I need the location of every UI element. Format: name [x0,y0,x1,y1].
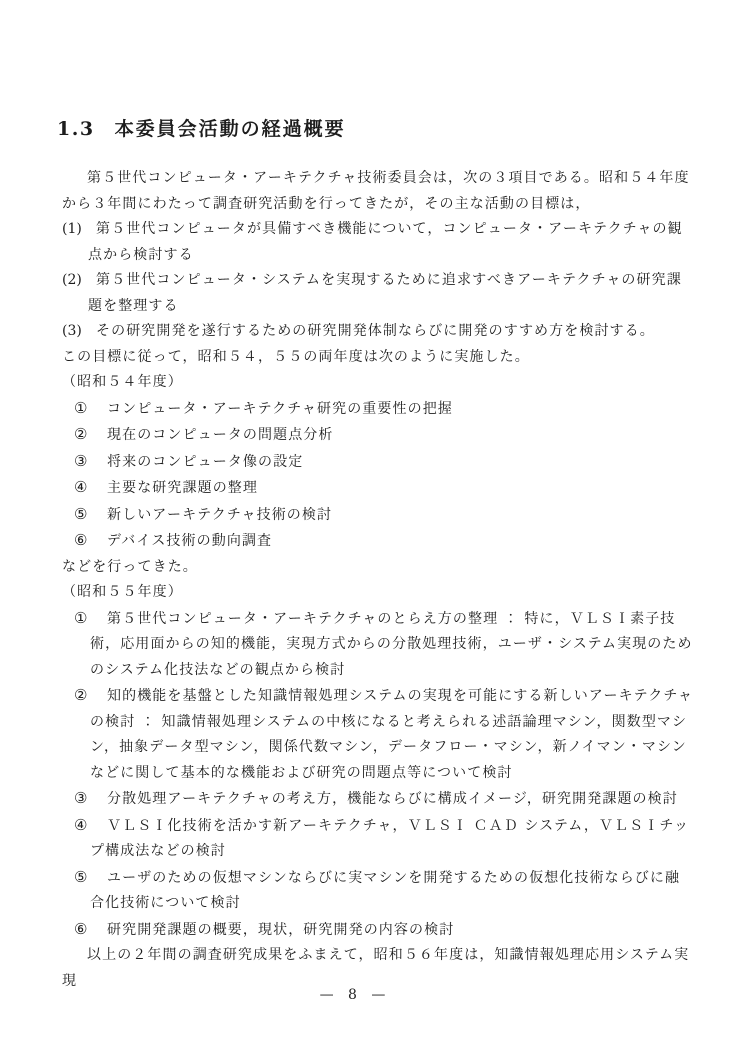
item-marker: ③ [74,449,107,475]
paragraph: （昭和５４年度） [62,370,694,396]
list-item: ⑥研究開発課題の概要，現状，研究開発の内容の検討 [62,917,694,944]
item-marker: (3) [62,319,96,345]
item-text: コンピュータ・アーキテクチャ研究の重要性の把握 [107,401,453,417]
paragraph-text: この目標に従って，昭和５４，５５の両年度は次のように実施した。 [62,349,530,365]
item-text: 知的機能を基盤とした知識情報処理システムの実現を可能にする新しいアーキテクチャの… [90,688,693,781]
item-marker: ⑤ [74,865,107,891]
paragraph: この目標に従って，昭和５４，５５の両年度は次のように実施した。 [62,345,694,371]
item-marker: ① [74,606,107,632]
item-marker: ④ [74,813,107,839]
list-item: ③将来のコンピュータ像の設定 [62,449,694,476]
item-text: 第５世代コンピュータ・アーキテクチャのとらえ方の整理 ： 特に，ＶＬＳＩ素子技術… [90,611,693,678]
list-item: ④ＶＬＳＩ化技術を活かす新アーキテクチャ，ＶＬＳＩ ＣＡＤ システム，ＶＬＳＩチ… [62,813,694,865]
item-marker: ③ [74,786,107,812]
item-text: 分散処理アーキテクチャの考え方，機能ならびに構成イメージ，研究開発課題の検討 [107,791,678,807]
paragraph-text: （昭和５４年度） [62,374,183,390]
paragraph: 第５世代コンピュータ・アーキテクチャ技術委員会は，次の３項目である。昭和５４年度… [62,166,694,217]
item-marker: ② [74,683,107,709]
item-text: 新しいアーキテクチャ技術の検討 [107,507,332,523]
item-marker: (1) [62,217,96,243]
list-item: (3)その研究開発を遂行するための研究開発体制ならびに開発のすすめ方を検討する。 [62,319,694,345]
list-item: ①第５世代コンピュータ・アーキテクチャのとらえ方の整理 ： 特に，ＶＬＳＩ素子技… [62,606,694,684]
item-text: ＶＬＳＩ化技術を活かす新アーキテクチャ，ＶＬＳＩ ＣＡＤ システム，ＶＬＳＩチッ… [90,818,689,860]
list-item: ④主要な研究課題の整理 [62,475,694,502]
item-text: 将来のコンピュータ像の設定 [107,454,303,470]
list-item: ③分散処理アーキテクチャの考え方，機能ならびに構成イメージ，研究開発課題の検討 [62,786,694,813]
item-marker: ⑤ [74,502,107,528]
item-text: デバイス技術の動向調査 [107,533,272,549]
paragraph: （昭和５５年度） [62,580,694,606]
item-text: 主要な研究課題の整理 [107,480,258,496]
document-body: 第５世代コンピュータ・アーキテクチャ技術委員会は，次の３項目である。昭和５４年度… [62,166,694,994]
item-text: 第５世代コンピュータ・システムを実現するために追求すべきアーキテクチャの研究課題… [88,272,682,314]
list-item: ②現在のコンピュータの問題点分析 [62,422,694,449]
item-marker: ⑥ [74,528,107,554]
item-marker: (2) [62,268,96,294]
list-item: ⑤新しいアーキテクチャ技術の検討 [62,502,694,529]
item-text: 現在のコンピュータの問題点分析 [107,427,334,443]
paragraph-text: 以上の２年間の調査研究成果をふまえて，昭和５６年度は，知識情報処理応用システム実… [62,947,689,989]
paragraph-text: （昭和５５年度） [62,584,183,600]
item-marker: ② [74,422,107,448]
list-item: ①コンピュータ・アーキテクチャ研究の重要性の把握 [62,396,694,423]
page-number: — 8 — [320,987,391,1003]
list-item: (2)第５世代コンピュータ・システムを実現するために追求すべきアーキテクチャの研… [62,268,694,319]
paragraph: などを行ってきた。 [62,555,694,581]
item-text: 第５世代コンピュータが具備すべき機能について，コンピュータ・アーキテクチャの観点… [88,221,683,263]
item-text: その研究開発を遂行するための研究開発体制ならびに開発のすすめ方を検討する。 [96,323,655,339]
item-marker: ④ [74,475,107,501]
paragraph-text: などを行ってきた。 [62,559,198,575]
paragraph-text: 第５世代コンピュータ・アーキテクチャ技術委員会は，次の３項目である。昭和５４年度… [62,170,690,212]
item-marker: ① [74,396,107,422]
document-page: 1.3本委員会活動の経過概要 第５世代コンピュータ・アーキテクチャ技術委員会は，… [0,0,750,1054]
page-footer: — 8 — [0,987,730,1003]
item-text: ユーザのための仮想マシンならびに実マシンを開発するための仮想化技術ならびに融合化… [90,870,680,912]
item-text: 研究開発課題の概要，現状，研究開発の内容の検討 [107,922,454,938]
section-number: 1.3 [57,118,95,140]
list-item: ⑤ユーザのための仮想マシンならびに実マシンを開発するための仮想化技術ならびに融合… [62,865,694,917]
list-item: ②知的機能を基盤とした知識情報処理システムの実現を可能にする新しいアーキテクチャ… [62,683,694,786]
section-heading: 1.3本委員会活動の経過概要 [57,114,346,141]
section-title: 本委員会活動の経過概要 [115,118,346,140]
item-marker: ⑥ [74,917,107,943]
list-item: (1)第５世代コンピュータが具備すべき機能について，コンピュータ・アーキテクチャ… [62,217,694,268]
list-item: ⑥デバイス技術の動向調査 [62,528,694,555]
